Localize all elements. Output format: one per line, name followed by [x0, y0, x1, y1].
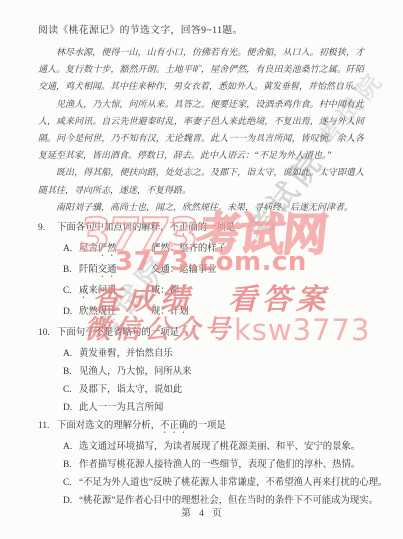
question-number: 11. [38, 420, 57, 433]
option-text: 此人一一为具言所闻 [79, 403, 163, 413]
option-text: 作者描写桃花源人接待渔人的一些细节，表现了他们的淳朴、热情。 [79, 460, 360, 470]
option-label: D. [63, 306, 79, 319]
option-10a: A.黄发垂髫，并怡然自乐 [38, 348, 370, 361]
option-label: B. [63, 459, 79, 472]
passage-paragraph-4: 南阳刘子骥，高尚士也，闻之，欣然规往。未果，寻病终。后遂无问津者。 [38, 199, 364, 216]
option-phrase: 咸来问讯 [79, 285, 151, 301]
option-9c: C.咸来问讯咸：都 [38, 285, 370, 301]
question-11: 11.下面对选文的理解分析，不正确的一项是 A.选文通过环境描写，为读者展现了桃… [38, 420, 370, 508]
question-11-stem: 11.下面对选文的理解分析，不正确的一项是 [38, 420, 370, 436]
option-label: D. [63, 402, 79, 415]
emphasis-dotted-text: 交通 [98, 265, 117, 275]
option-10c: C.及郡下，诣太守，说如此 [38, 384, 370, 397]
option-11b: B.作者描写桃花源人接待渔人的一些细节，表现了他们的淳朴、热情。 [38, 459, 370, 472]
option-label: C. [63, 285, 79, 298]
option-9d: D.欣然规往规：计划 [38, 306, 370, 322]
option-label: A. [63, 441, 79, 454]
option-phrase: 欣然规往 [79, 306, 151, 322]
option-text: 见渔人，乃大惊，问所从来 [79, 367, 192, 377]
option-text: “不足为外人道也”反映了桃花源人非常谦虚，不希望渔人再来打扰的心理。 [79, 478, 387, 488]
question-10-stem: 10.下面句子不是省略句的一项是 [38, 327, 370, 343]
section-instruction: 阅读《桃花源记》的节选文字，回答9~11题。 [38, 22, 378, 36]
question-10: 10.下面句子不是省略句的一项是 A.黄发垂髫，并怡然自乐 B.见渔人，乃大惊，… [38, 327, 370, 415]
question-number: 10. [38, 327, 57, 340]
exam-scan-page: 阅读《桃花源记》的节选文字，回答9~11题。 林尽水源，便得一山，山有小口，仿佛… [0, 0, 403, 539]
passage: 林尽水源，便得一山，山有小口，仿佛若有光。便舍船，从口入。初极狭，才通人。复行数… [38, 44, 364, 216]
option-11c: C.“不足为外人道也”反映了桃花源人非常谦虚，不希望渔人再来打扰的心理。 [38, 477, 370, 490]
option-text: 及郡下，诣太守，说如此 [79, 385, 182, 395]
option-explanation: 规：计划 [151, 307, 189, 317]
passage-paragraph-3: 既出，得其船，便扶向路，处处志之。及郡下，诣太守，说如此。太守即遣人随其往，寻向… [38, 164, 364, 198]
option-10d: D.此人一一为具言所闻 [38, 402, 370, 415]
option-explanation: 交通：运输事业 [151, 265, 217, 275]
question-9-stem: 9.下面各句中加点词的解释，不正确的一项是 [38, 222, 370, 238]
option-label: C. [63, 384, 79, 397]
emphasis-dotted-text: 俨然 [98, 244, 117, 254]
option-text: 选文通过环境描写，为读者展现了桃花源美丽、和平、安宁的景象。 [79, 442, 360, 452]
emphasis-dotted-text: 不正确 [160, 421, 188, 431]
option-explanation: 俨然：整齐的样子 [151, 244, 226, 254]
option-label: A. [63, 348, 79, 361]
option-9a: A.屋舍俨然俨然：整齐的样子 [38, 243, 370, 259]
option-11a: A.选文通过环境描写，为读者展现了桃花源美丽、和平、安宁的景象。 [38, 441, 370, 454]
option-label: B. [63, 264, 79, 277]
option-label: C. [63, 477, 79, 490]
passage-paragraph-2: 见渔人，乃大惊，问所从来。具答之。便要还家，设酒杀鸡作食。村中闻有此人，咸来问讯… [38, 96, 364, 165]
passage-paragraph-1: 林尽水源，便得一山，山有小口，仿佛若有光。便舍船，从口入。初极狭，才通人。复行数… [38, 44, 364, 96]
option-phrase: 阡陌交通 [79, 264, 151, 280]
option-label: A. [63, 243, 79, 256]
emphasis-dotted-text: 咸 [79, 286, 88, 296]
page-number: 第 4 页 [38, 505, 368, 519]
question-number: 9. [38, 222, 57, 235]
option-phrase: 屋舍俨然 [79, 243, 151, 259]
emphasis-dotted-text: 不是 [95, 328, 114, 338]
option-text: 黄发垂髫，并怡然自乐 [79, 349, 173, 359]
option-9b: B.阡陌交通交通：运输事业 [38, 264, 370, 280]
option-10b: B.见渔人，乃大惊，问所从来 [38, 366, 370, 379]
option-explanation: 咸：都 [151, 286, 179, 296]
emphasis-dotted-text: 规 [98, 307, 107, 317]
emphasis-dotted-text: 不正确 [170, 223, 198, 233]
question-9: 9.下面各句中加点词的解释，不正确的一项是 A.屋舍俨然俨然：整齐的样子 B.阡… [38, 222, 370, 322]
questions: 9.下面各句中加点词的解释，不正确的一项是 A.屋舍俨然俨然：整齐的样子 B.阡… [38, 222, 370, 513]
option-label: B. [63, 366, 79, 379]
